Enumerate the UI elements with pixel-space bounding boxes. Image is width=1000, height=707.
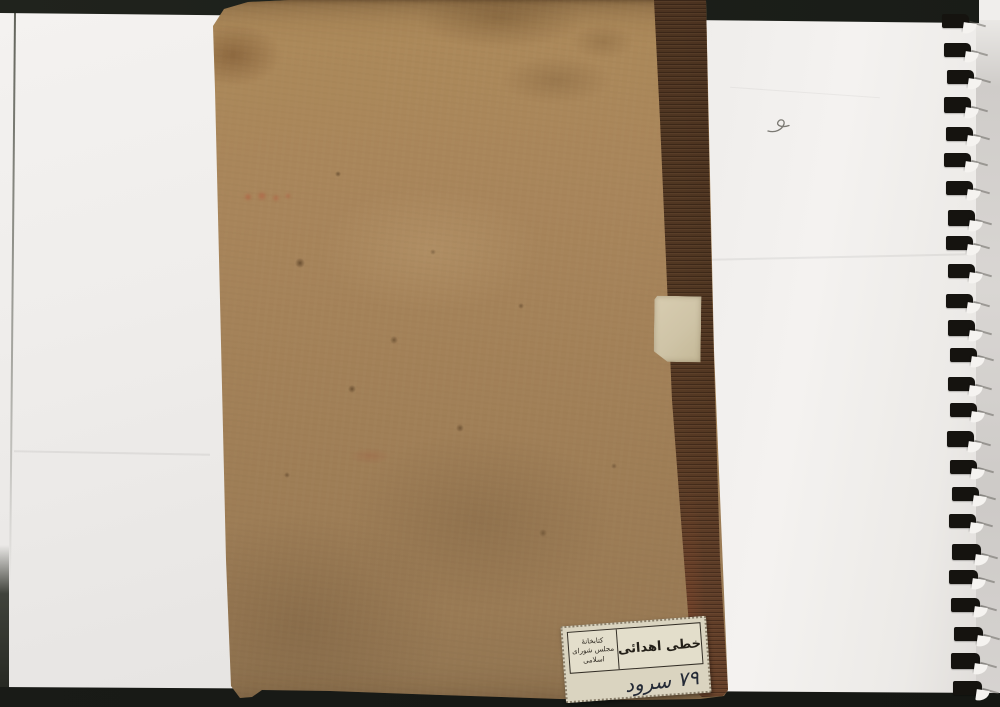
page-crease [14,450,210,455]
left-page-edge-line [9,13,16,583]
page-edge-gray-strip [976,20,1000,692]
library-label: خطی اهدائی کتابخانهٔ مجلس شورای اسلامی ۷… [560,616,711,703]
ink-squiggle-mark [765,115,801,141]
label-shelf-number: ۷۹ سرود [623,665,699,697]
scanned-book-photo: خطی اهدائی کتابخانهٔ مجلس شورای اسلامی ۷… [0,0,1000,707]
left-bottom-shadow [0,545,9,707]
label-type-text: خطی اهدائی [617,623,703,669]
faded-red-stamp-mark [238,190,296,204]
blank-spine-label [654,296,702,363]
label-library-name: کتابخانهٔ مجلس شورای اسلامی [568,629,620,672]
label-library-line: اسلامی [583,655,605,666]
right-blank-page [700,18,980,694]
